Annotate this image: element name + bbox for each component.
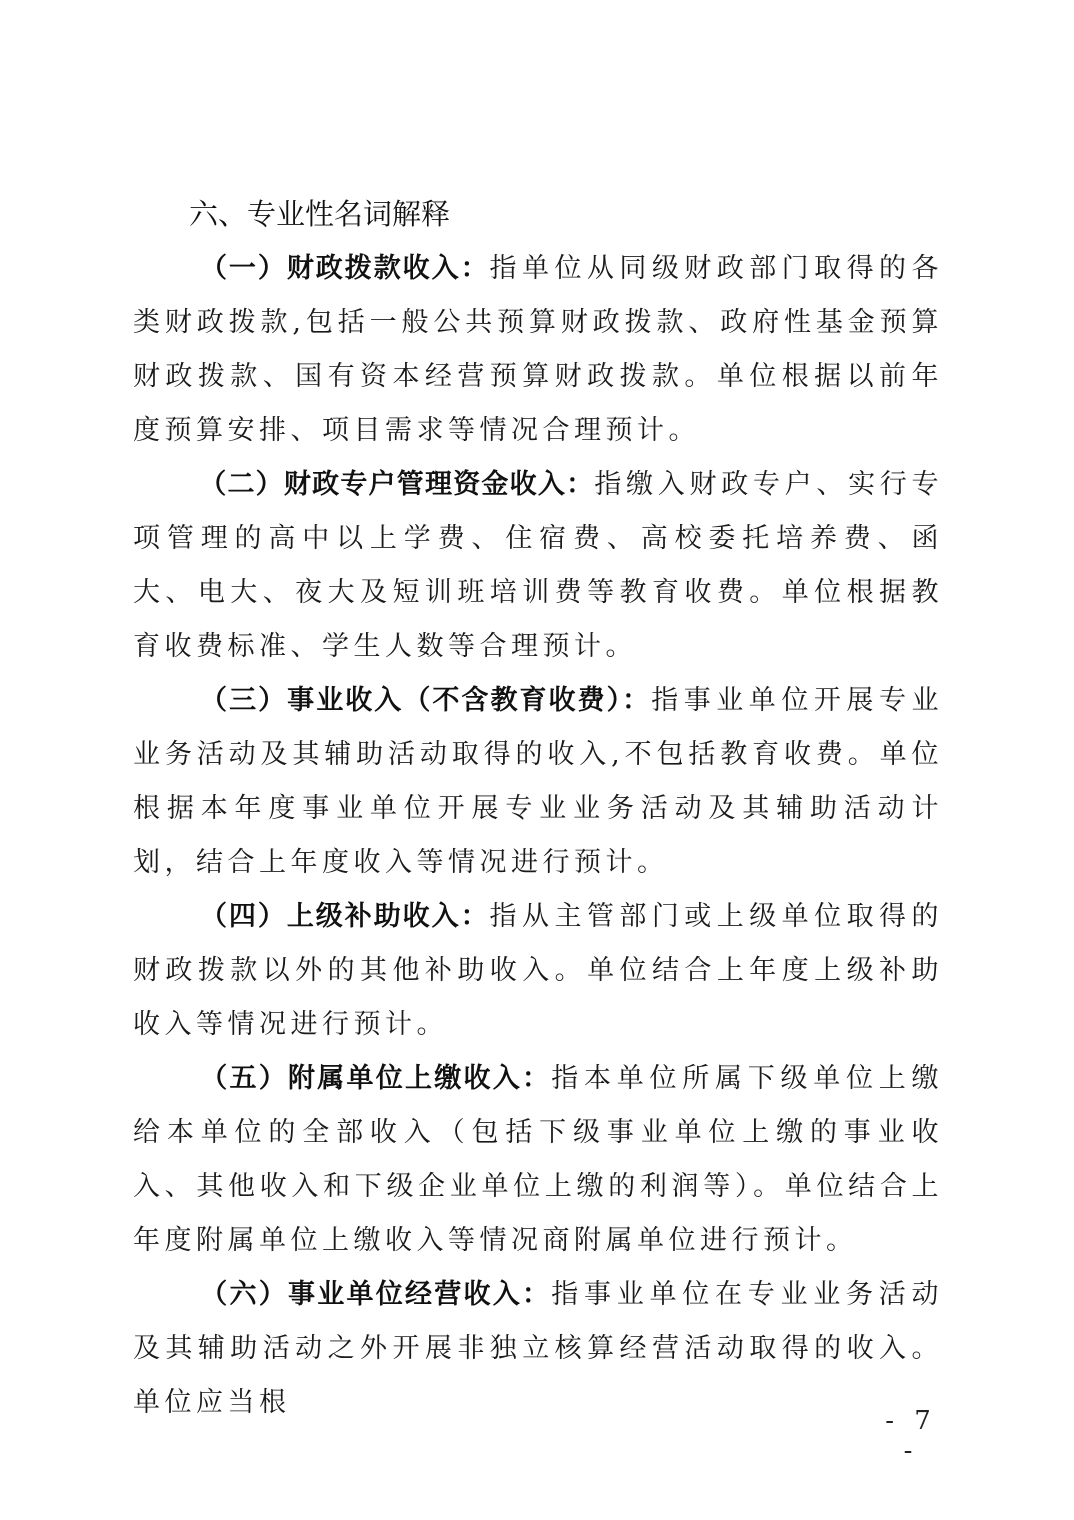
- definition-paragraph-1: （一）财政拨款收入：指单位从同级财政部门取得的各类财政拨款,包括一般公共预算财政…: [133, 242, 943, 458]
- definition-term: （一）财政拨款收入：: [199, 253, 490, 284]
- definition-paragraph-6: （六）事业单位经营收入：指事业单位在专业业务活动及其辅助活动之外开展非独立核算经…: [133, 1268, 943, 1430]
- definition-term: （二）财政专户管理资金收入：: [199, 469, 594, 500]
- definition-term: （三）事业收入（不含教育收费）：: [199, 685, 651, 716]
- document-page: 六、专业性名词解释 （一）财政拨款收入：指单位从同级财政部门取得的各类财政拨款,…: [133, 190, 943, 1430]
- definition-paragraph-4: （四）上级补助收入：指从主管部门或上级单位取得的财政拨款以外的其他补助收入。单位…: [133, 890, 943, 1052]
- definition-term: （五）附属单位上缴收入：: [199, 1063, 551, 1094]
- page-number: - 7 -: [876, 1406, 946, 1466]
- definition-paragraph-2: （二）财政专户管理资金收入：指缴入财政专户、实行专项管理的高中以上学费、住宿费、…: [133, 458, 943, 674]
- definition-paragraph-5: （五）附属单位上缴收入：指本单位所属下级单位上缴给本单位的全部收入（包括下级事业…: [133, 1052, 943, 1268]
- definition-term: （四）上级补助收入：: [199, 901, 490, 932]
- definition-paragraph-3: （三）事业收入（不含教育收费）：指事业单位开展专业业务活动及其辅助活动取得的收入…: [133, 674, 943, 890]
- definition-term: （六）事业单位经营收入：: [199, 1279, 551, 1310]
- section-heading: 六、专业性名词解释: [133, 190, 943, 238]
